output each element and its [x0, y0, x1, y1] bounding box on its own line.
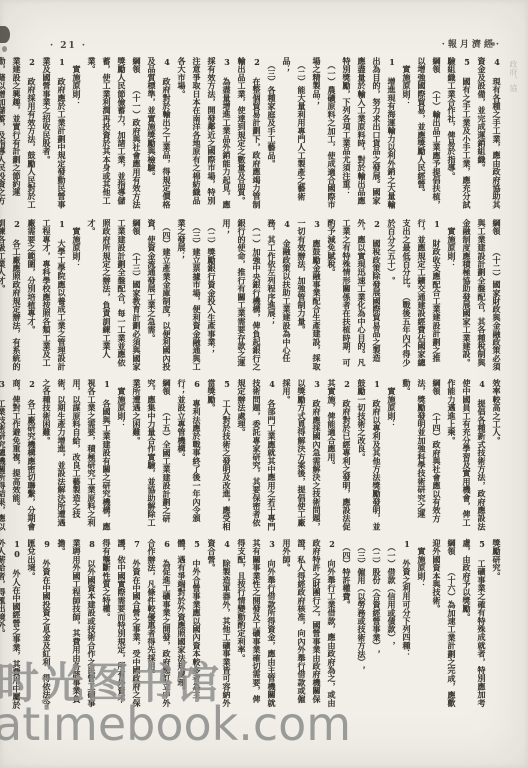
text-column-paragraph: 5 工人對於技術之發明及改進，應受相當獎勵。 — [204, 379, 234, 531]
text-column-paragraph: 綱領 （十三）國家教育計劃必須與國家工業建設計劃全盤配合，每一工業並應依照政府所… — [84, 219, 144, 371]
text-column-paragraph: （一）加強中央銀行機構，俾負起銀行之銀行的使命，推行有關工業需要存款之運用； — [219, 219, 264, 371]
text-column-paragraph: 4 政府對於輸出之工業品，得規定價格及品質標準，並實施獎勵與檢驗。 — [144, 57, 174, 210]
text-column-paragraph: （四）特許權費。 — [339, 539, 354, 709]
page-number: · 21 · — [50, 41, 87, 51]
text-column-paragraph: 1 政府應於工業計劃中規定發動民營事業及國營事業之招收民股者。 — [39, 57, 69, 210]
text-column-paragraph: （一）借款（信用或債款）， — [384, 539, 399, 709]
text-column-paragraph: 3 為盡量增進工業品外銷能力起見，應採有效方法，開發鄰近之國際市場，特別注意爭取… — [174, 57, 234, 210]
text-column-paragraph: 實施原則： — [444, 219, 459, 371]
text-column-paragraph: （二）股份（合資經營事業）， — [369, 539, 384, 709]
text-column-paragraph: 3 向外舉行借款所得資金，應由主管機關就其有關事業性之開發及工礦事業確切需要，俾… — [234, 539, 279, 709]
margin-bleed-text: 政府，協 — [506, 60, 520, 92]
text-band-1: 4 現有各種之手工業，應由政府協助其資金及設備，並完成運銷組織。5 國有之手工業… — [30, 57, 504, 210]
text-column-paragraph: （四）建立產業金庫制度，以便利國內投資，使資金流通發展工業之急需。 — [144, 219, 174, 371]
text-column-paragraph: 2 在整個貿易計劃下，政府應竭力管制輸出品工業，使達到規定之數量及品質。 — [234, 57, 264, 210]
text-column-paragraph: 綱領 （十五）全國工業建設計劃之研究，應集中力量合作實驗，並協助解除工業所遭遇之… — [129, 379, 174, 531]
text-column-paragraph: 實施原則： — [384, 379, 399, 531]
text-column-paragraph: 2 各工廠研究機構應密切聯繫，分期會商，俾對工作避免重複，提高效能。 — [9, 379, 39, 531]
text-column-paragraph: 綱領 （十二）國家財政與金融政策必須與工業建設計劃全盤配合，其各種稅制與金融制度… — [459, 219, 504, 371]
text-column-paragraph: 3 工業技術研究總機關所得結果，應以示範方法使工廠有效採用。 — [0, 379, 9, 531]
text-column-paragraph: 5 工礦事業之確有特殊成就者，特別應加考慮，由政府予以獎勵。 — [459, 539, 489, 709]
text-band-3: 效率較高之工人。4 提倡各種新式技術方法，政府應設法使中國員工有充分學習及實用機… — [30, 379, 504, 531]
text-column-paragraph: 1 外資之利用可分下列四種： — [399, 539, 414, 709]
scan-ink-speck — [2, 46, 7, 52]
text-column-paragraph: 獎勵研究。 — [489, 539, 504, 709]
text-column-paragraph: 3 政府應採國內急需解決之技術問題，以獎勵方式覓得解決方案後，提倡使工廠採用。 — [279, 379, 324, 531]
journal-header: ·報月濟經· — [442, 37, 502, 50]
text-column-paragraph: 4 金融政策以扶助工業建設為中心任務，其工作依左列程序進展； — [264, 219, 294, 371]
text-column-paragraph: 綱領 （十）輸出品工業應予提倡扶植，以增強國際貿易，並應獎勵人民經營。 — [414, 57, 444, 210]
text-column-paragraph: 2 各工廠應照政府規定辦法，有系統的訓練各級工業人才。 — [0, 219, 24, 371]
text-column-paragraph: 2 政府採用有效方法，鼓勵人民對於工業建設之興趣，並實行有計劃之節約運動，藉以增… — [0, 57, 39, 210]
text-column-paragraph: 2 政府對於已經專利之發明，應設法促其實施，俾能適合應用。 — [324, 379, 354, 531]
text-column-paragraph: 1 各國與工業建設有關之研究機構，應視各工業之需要，積極研究工業原料之利用，以謀… — [39, 379, 114, 531]
text-column-paragraph: （二）獎勵銀行資金投入生產事業； — [204, 219, 219, 371]
text-column-paragraph: 4 提倡各種新式技術方法，政府應設法使中國員工有充分學習及實用機會，俾工作能力邁… — [444, 379, 489, 531]
text-column-paragraph: （三）各種家庭及手工藝品。 — [264, 57, 279, 210]
text-column-paragraph: 實施原則： — [69, 57, 84, 210]
text-column-paragraph: 5 國有之手工業及小手工業，應充分試驗組織工業合作社，俾易於指導。 — [444, 57, 474, 210]
watermark-site: atimebook.com — [0, 697, 351, 751]
text-column-paragraph: （三）僱用（以勞務或技術方法）， — [354, 539, 369, 709]
text-column-paragraph: 1 財政收支應配合工業建設計劃之推行，並應規定工鑛交通建設經費佔國家總支出之最低… — [384, 219, 444, 371]
text-column-paragraph: 綱領 （十六）為加速工業計劃之完成，應歡迎外國資本與技術。 — [429, 539, 459, 709]
text-column-paragraph: （一）農礦原料之加工，使成適合國際市場之精製品； — [309, 57, 339, 210]
text-column-paragraph: 4 各部門工業應就其中應用之若干專門技術問題，委託專家研究，其要保密者依規定辦法… — [234, 379, 279, 531]
text-column-paragraph: 綱領 （十四）政府與社會應以有效方法，獎勵發明並加強科學技術研究之運動。 — [399, 379, 444, 531]
text-column-paragraph: （三）建立票據市場，便利資金融通與工業之發展； — [174, 219, 204, 371]
text-column-paragraph: 6 專利法應於戰事終了後一年內令頒行；並設立專管機構。 — [174, 379, 204, 531]
text-column-paragraph: 1 政府以專利及其他方法獎勵發明，並鼓勵一切技術之改良。 — [354, 379, 384, 531]
text-column-paragraph: 2 向外舉行工業借款，應由政府為之，或由政府特許之財團行之，國營事業由政府機關保… — [279, 539, 339, 709]
scanned-book-page: · 21 · ·報月濟經· 政府，協 4 現有各種之手工業，應由政府協助其資金及… — [0, 0, 528, 768]
text-column-paragraph: 實施原則： — [69, 219, 84, 371]
text-column-paragraph: 4 現有各種之手工業，應由政府協助其資金及設備，並完成運銷組織。 — [474, 57, 504, 210]
text-column-paragraph: 1 增進現有海運輸力以利外銷之大量輸出為目的，努力求出口貨品之發展。國家應盡量於… — [339, 57, 399, 210]
text-column-paragraph: 實施原則： — [399, 57, 414, 210]
text-band-2: 綱領 （十二）國家財政與金融政策必須與工業建設計劃全盤配合，其各種稅制與金融制度… — [30, 219, 504, 371]
scan-ink-smudge — [0, 26, 10, 43]
text-column-paragraph: 2 國稅政策除發展國際貿易品之製造外，應以實現迅速工業化為中心目的。凡工業之有特… — [324, 219, 384, 371]
text-column-paragraph: 綱領 （十一）政府與社會應用有效方法獎勵人民節儉蓄力，加諸工業，並指導儲蓄，使工… — [84, 57, 144, 210]
text-column-paragraph: 實施原則： — [414, 539, 429, 709]
text-column-paragraph: 1 大學工學院應以養成工業之管理設計工程專才，專科學校應按照各類工業及工廠需要之… — [24, 219, 69, 371]
text-column-paragraph: 3 應鼓勵金融事業配合生產建設，採取一切有效辦法，加強管制力量。 — [294, 219, 324, 371]
text-column-paragraph: 實施原則： — [114, 379, 129, 531]
text-column-paragraph: 效率較高之工人。 — [489, 379, 504, 531]
text-column-paragraph: （二）能大量利用專門人工製產之藝術品； — [279, 57, 309, 210]
